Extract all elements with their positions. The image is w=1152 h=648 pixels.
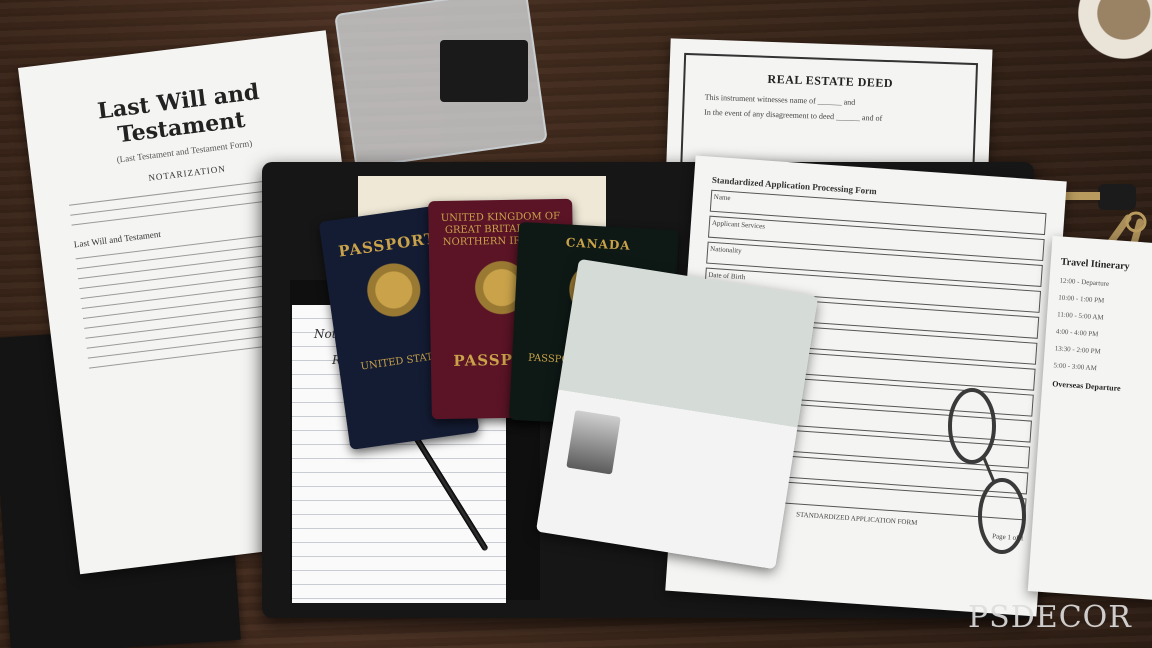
id-photo	[566, 410, 621, 474]
watermark: PSDECOR	[968, 600, 1132, 635]
eagle-seal-icon	[358, 256, 432, 338]
deed-title: REAL ESTATE DEED	[705, 70, 955, 94]
itinerary-line: 13:30 - 2:00 PM	[1054, 344, 1152, 360]
rubber-stamp	[440, 40, 528, 102]
itinerary-title: Travel Itinerary	[1060, 257, 1152, 276]
itinerary-line: 12:00 - Departure	[1059, 276, 1152, 292]
deed-line-1: This instrument witnesses name of ______…	[705, 93, 955, 111]
itinerary-line: 10:00 - 1:00 PM	[1058, 293, 1152, 309]
itinerary-line: 4:00 - 4:00 PM	[1056, 327, 1152, 343]
itinerary-line: 11:00 - 5:00 AM	[1057, 310, 1152, 326]
deed-line-2: In the event of any disagreement to deed…	[704, 108, 954, 126]
reading-glasses	[944, 376, 1034, 566]
itinerary-line: 5:00 - 3:00 AM	[1053, 361, 1152, 377]
passport-id-page	[536, 259, 818, 569]
tape-roll	[1058, 0, 1152, 66]
itinerary-section: Overseas Departure	[1052, 379, 1152, 396]
